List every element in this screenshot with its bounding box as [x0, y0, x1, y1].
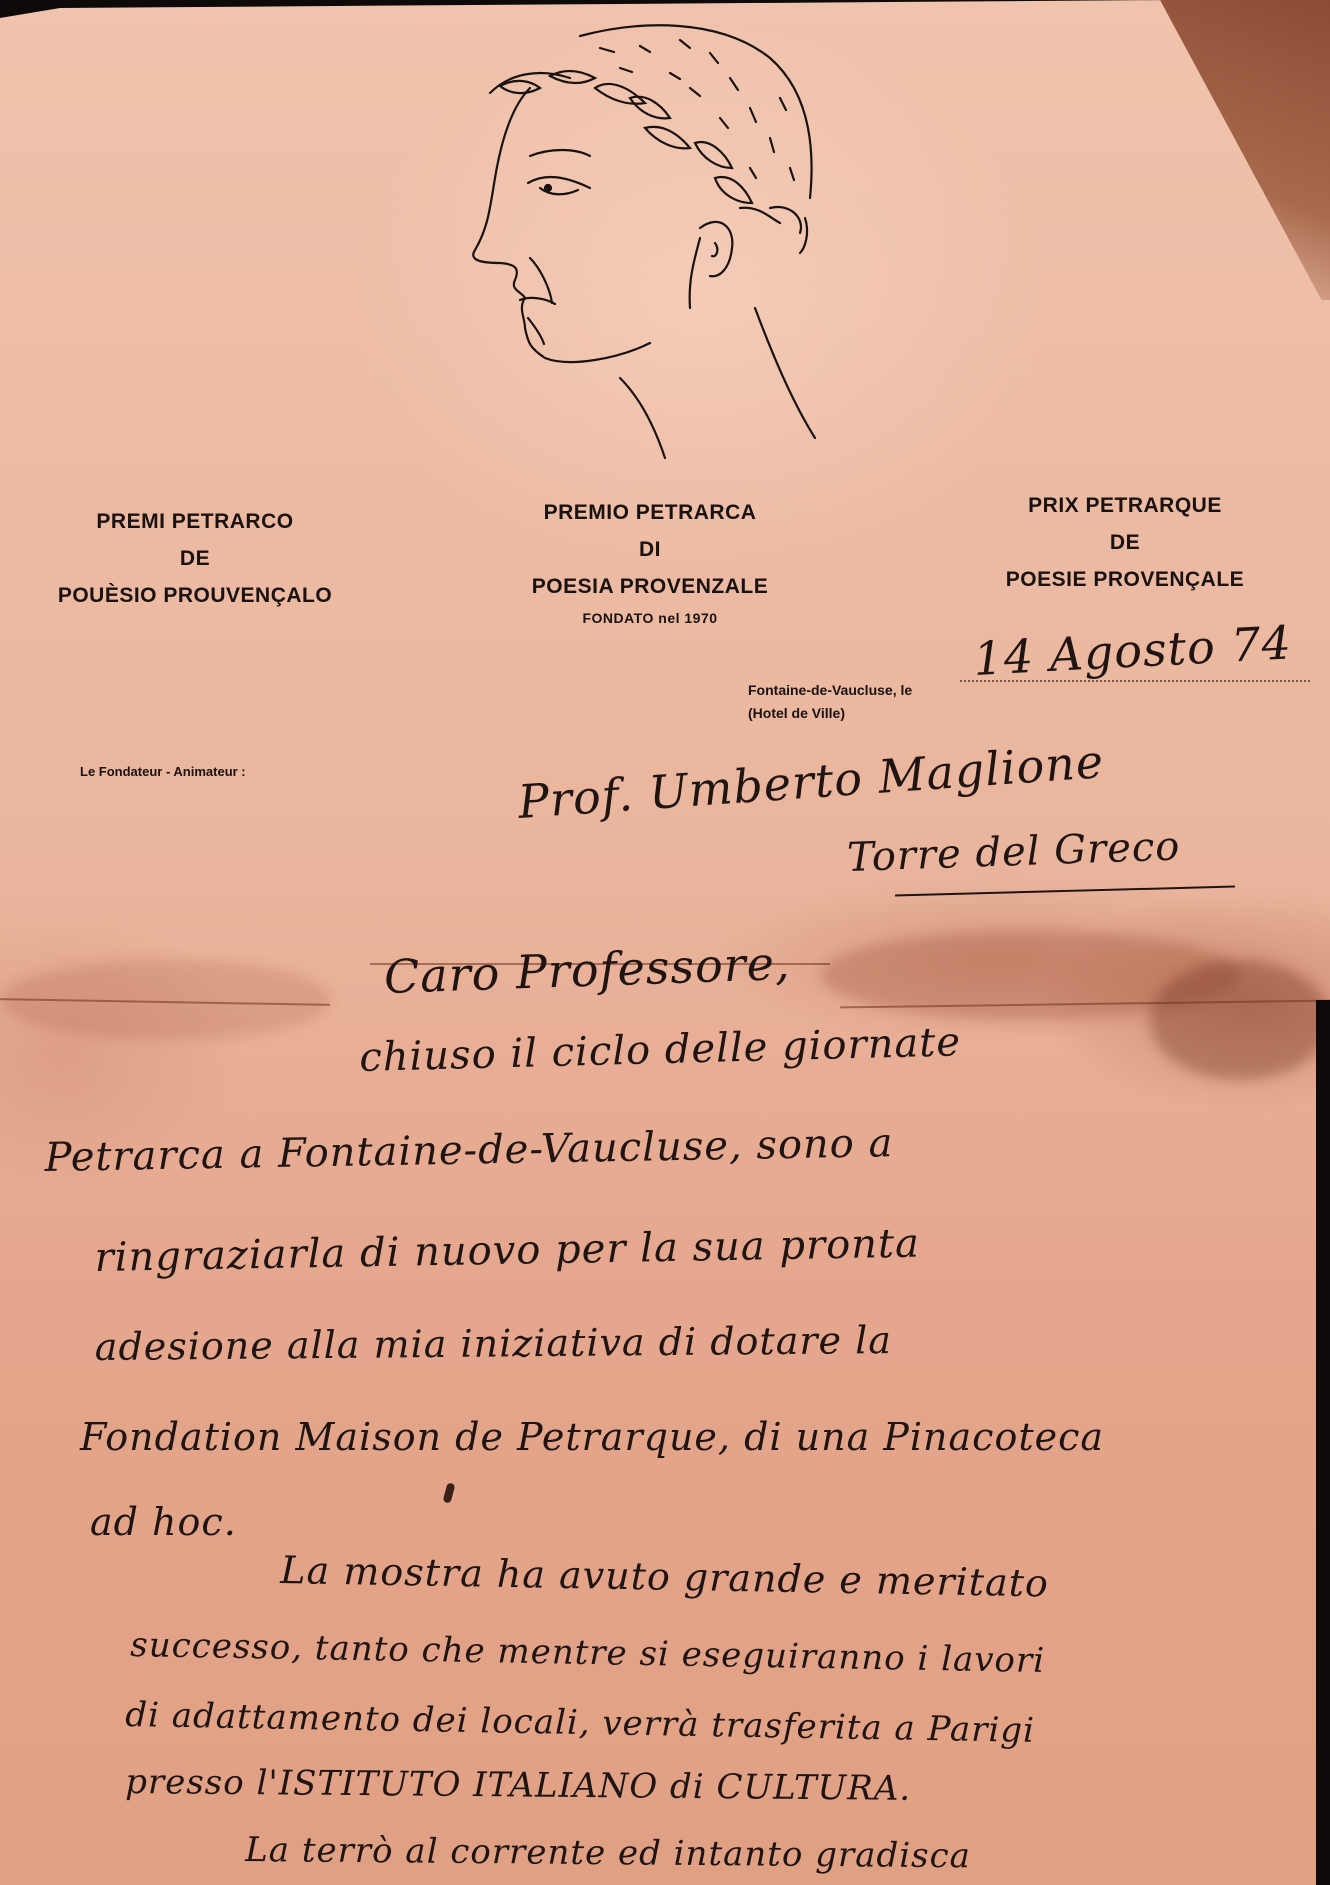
body-line: ringraziarla di nuovo per la sua pronta — [94, 1221, 920, 1281]
letterhead-right-line3: POESIE PROVENÇALE — [960, 561, 1290, 598]
letterhead-provencal: PREMI PETRARCO DE POUÈSIO PROUVENÇALO — [15, 503, 375, 614]
body-line: Fondation Maison de Petrarque, di una Pi… — [80, 1415, 1104, 1459]
founder-label: Le Fondateur - Animateur : — [80, 762, 246, 782]
body-line: Petrarca a Fontaine-de-Vaucluse, sono a — [44, 1120, 894, 1181]
recipient-city: Torre del Greco — [846, 823, 1181, 881]
background-edge — [1316, 1000, 1330, 1885]
letterhead-center-line3: POESIA PROVENZALE — [480, 568, 820, 605]
body-line: ad hoc. — [90, 1500, 237, 1544]
letterhead-french: PRIX PETRARQUE DE POESIE PROVENÇALE — [960, 487, 1290, 598]
date-handwritten: 14 Agosto 74 — [972, 615, 1293, 686]
salutation: Caro Professore, — [383, 936, 791, 1004]
body-line: La terrò al corrente ed intanto gradisca — [245, 1830, 971, 1876]
laureate-portrait-icon — [470, 18, 850, 468]
stain — [1150, 960, 1330, 1080]
letterhead-left-line2: DE — [15, 540, 375, 577]
place-label: Fontaine-de-Vaucluse, le — [748, 680, 912, 700]
letterhead-center-line1: PREMIO PETRARCA — [480, 494, 820, 531]
letterhead-left-line1: PREMI PETRARCO — [15, 503, 375, 540]
recipient-name: Prof. Umberto Maglione — [516, 734, 1105, 829]
letterhead-left-line3: POUÈSIO PROUVENÇALO — [15, 577, 375, 614]
ink-spot — [443, 1482, 456, 1503]
letterhead-right-line1: PRIX PETRARQUE — [960, 487, 1290, 524]
body-line: adesione alla mia iniziativa di dotare l… — [95, 1318, 892, 1369]
body-line: presso l'ISTITUTO ITALIANO di CULTURA. — [125, 1762, 911, 1809]
letter-paper: PREMI PETRARCO DE POUÈSIO PROUVENÇALO PR… — [0, 0, 1330, 1885]
body-line: di adattamento dei locali, verrà trasfer… — [125, 1695, 1035, 1751]
letterhead-founded: FONDATO nel 1970 — [480, 605, 820, 631]
body-line: chiuso il ciclo delle giornate — [359, 1019, 962, 1081]
recipient-underline — [895, 886, 1235, 897]
body-line: successo, tanto che mentre si eseguirann… — [130, 1625, 1045, 1681]
letterhead-italian: PREMIO PETRARCA DI POESIA PROVENZALE FON… — [480, 494, 820, 631]
paper-stain-corner — [1160, 0, 1330, 300]
place-sub: (Hotel de Ville) — [748, 703, 845, 723]
letterhead-right-line2: DE — [960, 524, 1290, 561]
body-line: La mostra ha avuto grande e meritato — [280, 1548, 1049, 1605]
letterhead-center-line2: DI — [480, 531, 820, 568]
